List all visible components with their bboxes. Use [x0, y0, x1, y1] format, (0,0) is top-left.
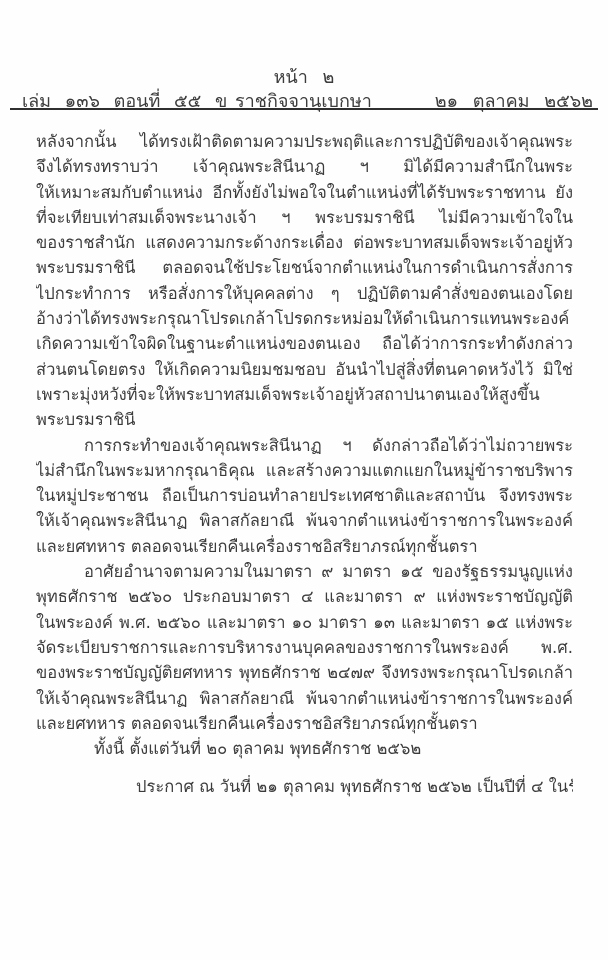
gazette-title: ราชกิจจานุเบกษา	[235, 86, 372, 115]
gazette-page: หน้า ๒ เล่ม ๑๓๖ ตอนที่ ๕๕ ข ราชกิจจานุเบ…	[0, 0, 608, 960]
document-line: อาศัยอำนาจตามความในมาตรา ๙ มาตรา ๑๕ ของร…	[36, 559, 573, 584]
document-body: หลังจากนั้น ได้ทรงเฝ้าติดตามความประพฤติแ…	[36, 129, 573, 800]
gazette-masthead: เล่ม ๑๓๖ ตอนที่ ๕๕ ข ราชกิจจานุเบกษา ๒๑ …	[22, 86, 593, 110]
document-line: พุทธศักราช ๒๕๖๐ ประกอบมาตรา ๔ และมาตรา ๙…	[36, 584, 573, 609]
volume-issue-label: เล่ม ๑๓๖ ตอนที่ ๕๕ ข	[22, 86, 227, 115]
document-line: ของราชสำนัก แสดงความกระด้างกระเดื่อง ต่อ…	[36, 230, 573, 255]
document-line: ให้เจ้าคุณพระสินีนาฏ พิลาสกัลยาณี พ้นจาก…	[36, 686, 573, 711]
document-line: ส่วนตนโดยตรง ให้เกิดความนิยมชมชอบ อันนำไ…	[36, 357, 573, 382]
document-line: ให้เจ้าคุณพระสินีนาฏ พิลาสกัลยาณี พ้นจาก…	[36, 508, 573, 533]
issue-date: ๒๑ ตุลาคม ๒๕๖๒	[435, 86, 593, 115]
document-line: ไปกระทำการ หรือสั่งการให้บุคคลต่าง ๆ ปฏิ…	[36, 281, 573, 306]
document-line: ในหมู่ประชาชน ถือเป็นการบ่อนทำลายประเทศช…	[36, 483, 573, 508]
document-line: ที่จะเทียบเท่าสมเด็จพระนางเจ้า ฯ พระบรมร…	[36, 205, 573, 230]
document-line: พระบรมราชินี ตลอดจนใช้ประโยชน์จากตำแหน่ง…	[36, 255, 573, 280]
promulgation-line: ประกาศ ณ วันที่ ๒๑ ตุลาคม พุทธศักราช ๒๕๖…	[36, 774, 573, 799]
document-line: ในพระองค์ พ.ศ. ๒๕๖๐ และมาตรา ๑๐ มาตรา ๑๓…	[36, 610, 573, 635]
document-line: จัดระเบียบราชการและการบริหารงานบุคคลของร…	[36, 635, 573, 660]
header-rule	[10, 108, 598, 110]
document-line: และยศทหาร ตลอดจนเรียกคืนเครื่องราชอิสริย…	[36, 711, 573, 736]
document-line: ไม่สำนึกในพระมหากรุณาธิคุณ และสร้างความแ…	[36, 458, 573, 483]
document-line: หลังจากนั้น ได้ทรงเฝ้าติดตามความประพฤติแ…	[36, 129, 573, 154]
document-line: เกิดความเข้าใจผิดในฐานะตำแหน่งของตนเอง ถ…	[36, 331, 573, 356]
document-line: อ้างว่าได้ทรงพระกรุณาโปรดเกล้าโปรดกระหม่…	[36, 306, 573, 331]
effective-date-line: ทั้งนี้ ตั้งแต่วันที่ ๒๐ ตุลาคม พุทธศักร…	[36, 736, 573, 761]
document-line: ให้เหมาะสมกับตำแหน่ง อีกทั้งยังไม่พอใจใน…	[36, 180, 573, 205]
document-line: การกระทำของเจ้าคุณพระสินีนาฏ ฯ ดังกล่าวถ…	[36, 433, 573, 458]
document-line: พระบรมราชินี	[36, 407, 573, 432]
document-line: ของพระราชบัญญัติยศทหาร พุทธศักราช ๒๔๗๙ จ…	[36, 660, 573, 685]
document-line: จึงได้ทรงทราบว่า เจ้าคุณพระสินีนาฏ ฯ มิไ…	[36, 154, 573, 179]
document-line: เพราะมุ่งหวังที่จะให้พระบาทสมเด็จพระเจ้า…	[36, 382, 573, 407]
document-line: และยศทหาร ตลอดจนเรียกคืนเครื่องราชอิสริย…	[36, 534, 573, 559]
